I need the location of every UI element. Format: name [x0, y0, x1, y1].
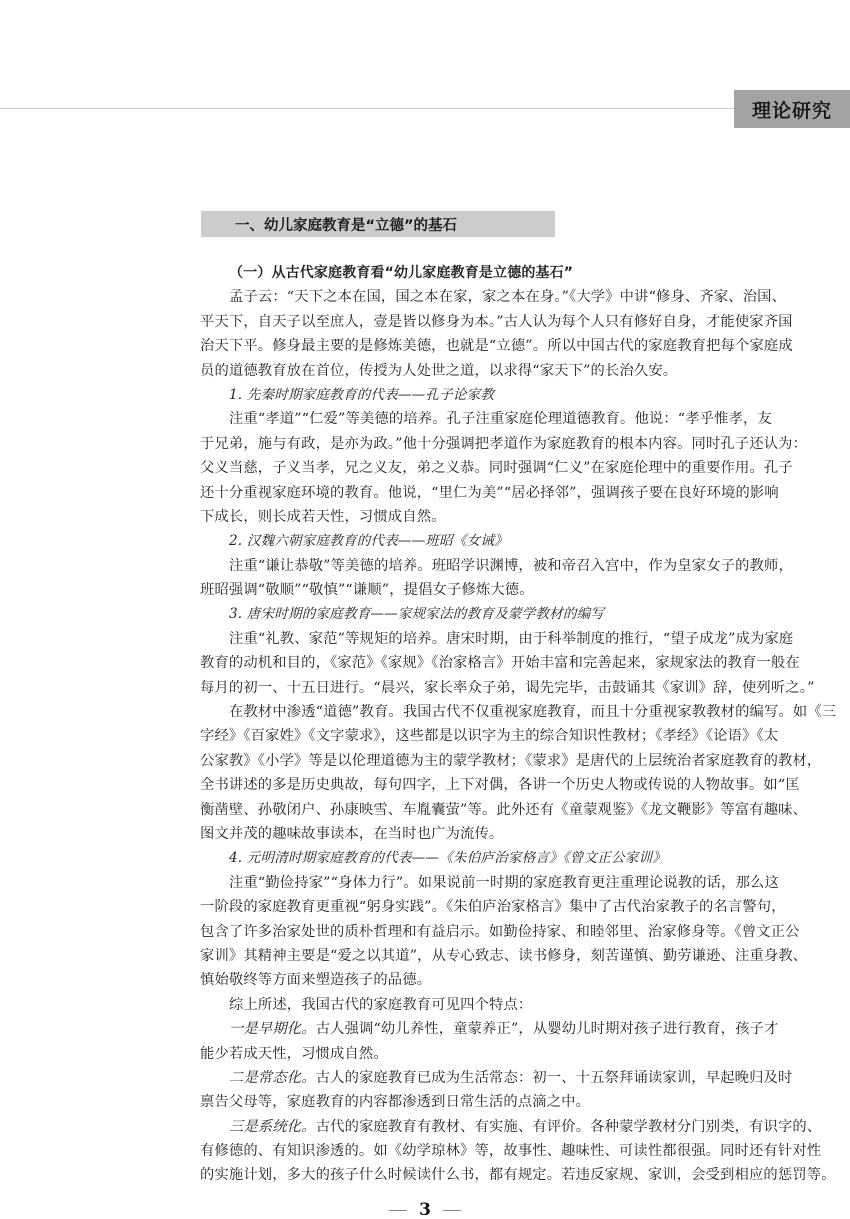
subsubsection-heading: 4. 元明清时期家庭教育的代表——《朱伯庐治家格言》《曾文正公家训》: [200, 846, 850, 870]
paragraph-line: 孟子云：“天下之本在国，国之本在家，家之本在身。”《大学》中讲“修身、齐家、治国…: [200, 285, 850, 309]
paragraph-line: 能少若成天性，习惯成自然。: [200, 1042, 850, 1066]
paragraph-line: 父义当慈，子义当孝，兄之义友，弟之义恭。同时强调“仁义”在家庭伦理中的重要作用。…: [200, 456, 850, 480]
header-rule: [0, 108, 734, 109]
footer-dash-left: [389, 1210, 407, 1211]
subsubsection-heading: 1. 先秦时期家庭教育的代表——孔子论家教: [200, 383, 850, 407]
paragraph-line: 还十分重视家庭环境的教育。他说，“里仁为美”“居必择邻”，强调孩子要在良好环境的…: [200, 481, 850, 505]
paragraph-line: 字经》《百家姓》《文字蒙求》，这些都是以识字为主的综合知识性教材；《孝经》《论语…: [200, 724, 850, 748]
paragraph-line: 教育的动机和目的，《家范》《家规》《治家格言》开始丰富和完善起来，家规家法的教育…: [200, 651, 850, 675]
paragraph-line: 在教材中渗透“道德”教育。我国古代不仅重视家庭教育，而且十分重视家教教材的编写。…: [200, 700, 850, 724]
paragraph-line: 治天下平。修身最主要的是修炼美德，也就是“立德”。所以中国古代的家庭教育把每个家…: [200, 334, 850, 358]
paragraph-line: 注重“勤俭持家”“身体力行”。如果说前一时期的家庭教育更注重理论说教的话，那么这: [200, 871, 850, 895]
paragraph-line: 注重“孝道”“仁爱”等美德的培养。孔子注重家庭伦理道德教育。他说：“孝乎惟孝，友: [200, 407, 850, 431]
paragraph-line: 慎始敬终等方面来塑造孩子的品德。: [200, 968, 850, 992]
paragraph-line: 下成长，则长成若天性，习惯成自然。: [200, 505, 850, 529]
paragraph-line: 员的道德教育放在首位，传授为人处世之道，以求得“家天下”的长治久安。: [200, 359, 850, 383]
paragraph-line: 公家教》《小学》等是以伦理道德为主的蒙学教材；《蒙求》是唐代的上层统治者家庭教育…: [200, 749, 850, 773]
article-body: （一）从古代家庭教育看“幼儿家庭教育是立德的基石” 孟子云：“天下之本在国，国之…: [200, 261, 850, 1188]
footer-dash-right: [443, 1210, 461, 1211]
paragraph-line: 包含了许多治家处世的质朴哲理和有益启示。如勤俭持家、和睦邻里、治家修身等。《曾文…: [200, 920, 850, 944]
section-heading: 一、幼儿家庭教育是“立德”的基石: [235, 214, 457, 235]
page-footer: 3: [0, 1200, 850, 1219]
paragraph-line: 二是常态化。古人的家庭教育已成为生活常态：初一、十五祭拜诵读家训，早起晚归及时: [200, 1066, 850, 1090]
paragraph-line: 一是早期化。古人强调“幼儿养性，童蒙养正”，从婴幼儿时期对孩子进行教育，孩子才: [200, 1017, 850, 1041]
section-tag: 理论研究: [734, 90, 850, 128]
page-number: 3: [419, 1200, 431, 1219]
subsubsection-heading: 3. 唐宋时期的家庭教育——家规家法的教育及蒙学教材的编写: [200, 602, 850, 626]
paragraph-line: 注重“谦让恭敬”等美德的培养。班昭学识渊博，被和帝召入宫中，作为皇家女子的教师，: [200, 554, 850, 578]
paragraph-text: 古代的家庭教育有教材、有实施、有评价。各种蒙学教材分门别类，有识字的、: [316, 1119, 822, 1135]
paragraph-line: 禀告父母等，家庭教育的内容都渗透到日常生活的点滴之中。: [200, 1090, 850, 1114]
paragraph-line: 衡凿壁、孙敬闭户、孙康映雪、车胤囊萤”等。此外还有《童蒙观鉴》《龙文鞭影》等富有…: [200, 798, 850, 822]
paragraph-line: 全书讲述的多是历史典故，每句四字，上下对偶，各讲一个历史人物或传说的人物故事。如…: [200, 773, 850, 797]
section-tag-label: 理论研究: [752, 96, 832, 123]
paragraph-line: 每月的初一、十五日进行。“晨兴，家长率众子弟，谒先完毕，击鼓诵其《家训》辞，使列…: [200, 676, 850, 700]
paragraph-line: 家训》其精神主要是“爱之以其道”，从专心致志、读书修身，刻苦谨慎、勤劳谦逊、注重…: [200, 944, 850, 968]
paragraph-line: 平天下，自天子以至庶人，壹是皆以修身为本。”古人认为每个人只有修好自身，才能使家…: [200, 310, 850, 334]
paragraph-text: 古人强调“幼儿养性，童蒙养正”，从婴幼儿时期对孩子进行教育，孩子才: [316, 1021, 779, 1037]
lead-phrase: 二是常态化。: [229, 1070, 316, 1086]
paragraph-line: 于兄弟，施与有政，是亦为政。”他十分强调把孝道作为家庭教育的根本内容。同时孔子还…: [200, 432, 850, 456]
paragraph-text: 古人的家庭教育已成为生活常态：初一、十五祭拜诵读家训，早起晚归及时: [316, 1070, 793, 1086]
paragraph-line: 有修德的、有知识渗透的。如《幼学琼林》等，故事性、趣味性、可读性都很强。同时还有…: [200, 1139, 850, 1163]
paragraph-line: 综上所述，我国古代的家庭教育可见四个特点：: [200, 993, 850, 1017]
subsection-heading: （一）从古代家庭教育看“幼儿家庭教育是立德的基石”: [200, 261, 850, 285]
paragraph-line: 的实施计划，多大的孩子什么时候读什么书，都有规定。若违反家规、家训，会受到相应的…: [200, 1163, 850, 1187]
section-heading-block: 一、幼儿家庭教育是“立德”的基石: [201, 211, 555, 237]
paragraph-line: 三是系统化。古代的家庭教育有教材、有实施、有评价。各种蒙学教材分门别类，有识字的…: [200, 1115, 850, 1139]
paragraph-line: 图文并茂的趣味故事读本，在当时也广为流传。: [200, 822, 850, 846]
lead-phrase: 三是系统化。: [229, 1119, 316, 1135]
subsubsection-heading: 2. 汉魏六朝家庭教育的代表——班昭《女诫》: [200, 529, 850, 553]
paragraph-line: 注重“礼教、家范”等规矩的培养。唐宋时期，由于科举制度的推行，“望子成龙”成为家…: [200, 627, 850, 651]
lead-phrase: 一是早期化。: [229, 1021, 316, 1037]
paragraph-line: 一阶段的家庭教育更重视“躬身实践”。《朱伯庐治家格言》集中了古代治家教子的名言警…: [200, 895, 850, 919]
paragraph-line: 班昭强调“敬顺”“敬慎”“谦顺”，提倡女子修炼大德。: [200, 578, 850, 602]
